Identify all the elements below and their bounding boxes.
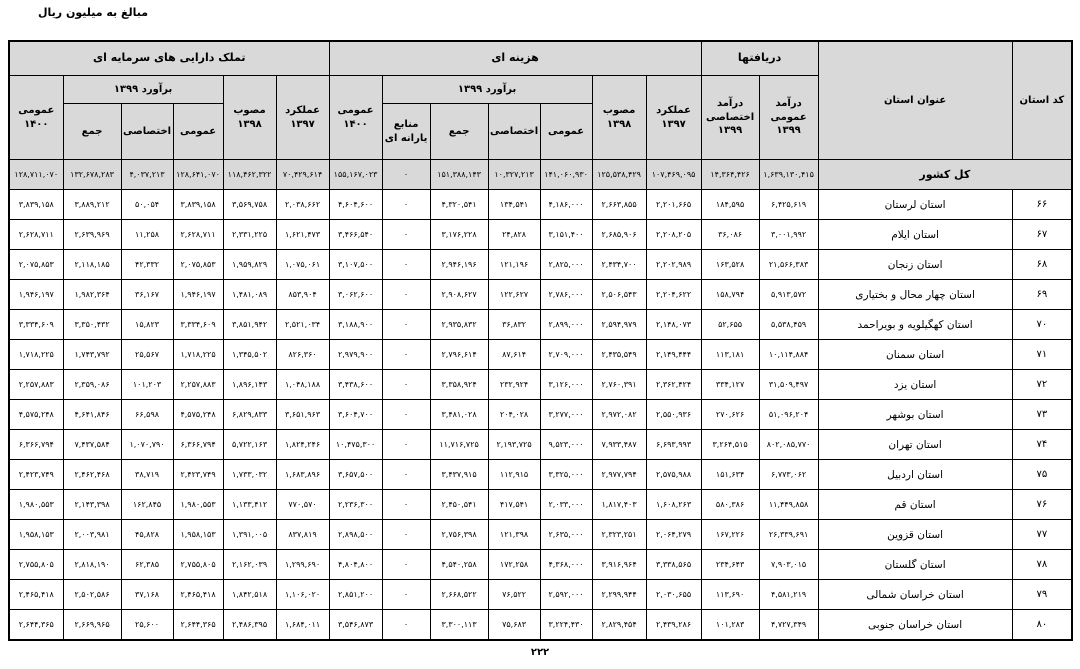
province-code: ۶۹	[1012, 280, 1072, 310]
value-cell: ۲,۹۰۸,۶۲۷	[430, 280, 488, 310]
value-cell: ۲,۶۶۹,۹۶۵	[63, 610, 121, 641]
value-cell: ۴,۶۴۱,۸۴۶	[63, 400, 121, 430]
header-rev-general-1399: درآمد عمومی ۱۳۹۹	[759, 76, 818, 160]
value-cell: ۴۵,۸۲۸	[121, 520, 173, 550]
value-cell: ۳,۶۰۴,۷۰۰	[329, 400, 382, 430]
value-cell: ۰	[382, 610, 430, 641]
value-cell: ۲۴,۸۲۸	[488, 220, 540, 250]
value-cell: ۱۲۱,۳۹۸	[488, 520, 540, 550]
value-cell: ۳,۳۳۸,۵۶۵	[646, 550, 701, 580]
value-cell: ۴,۵۷۵,۲۴۸	[173, 400, 223, 430]
value-cell: ۰	[382, 580, 430, 610]
value-cell: ۵۲,۶۵۵	[701, 310, 759, 340]
value-cell: ۴,۵۸۱,۲۱۹	[759, 580, 818, 610]
value-cell: ۱,۴۸۱,۰۸۹	[223, 280, 276, 310]
value-cell: ۱۰,۳۲۷,۲۱۳	[488, 160, 540, 190]
value-cell: ۵,۷۲۲,۱۶۳	[223, 430, 276, 460]
header-exp-perf-1397: عملکرد ۱۳۹۷	[646, 76, 701, 160]
value-cell: ۱,۷۴۳,۷۹۲	[63, 340, 121, 370]
province-name: استان تهران	[818, 430, 1012, 460]
value-cell: ۱۳۲,۶۷۸,۲۸۳	[63, 160, 121, 190]
province-name: استان خراسان شمالی	[818, 580, 1012, 610]
province-code: ۷۲	[1012, 370, 1072, 400]
value-cell: ۲,۹۷۹,۹۰۰	[329, 340, 382, 370]
value-cell: ۲,۲۰۱,۶۶۵	[646, 190, 701, 220]
value-cell: ۲۰۴,۰۲۸	[488, 400, 540, 430]
value-cell: ۰	[382, 490, 430, 520]
value-cell: ۲,۶۲۸,۷۱۱	[173, 220, 223, 250]
header-exp-est-subsidy: منابع یارانه ای	[382, 104, 430, 160]
value-cell: ۱۱,۷۱۶,۷۲۵	[430, 430, 488, 460]
header-exp-general-1400: عمومی ۱۴۰۰	[329, 76, 382, 160]
value-cell: ۰	[382, 340, 430, 370]
value-cell: ۲,۶۶۳,۸۵۵	[592, 190, 646, 220]
value-cell: ۳۳۴,۱۲۷	[701, 370, 759, 400]
value-cell: ۳۱,۵۰۹,۴۹۷	[759, 370, 818, 400]
table-row: ۷۳استان بوشهر۵۱,۰۹۶,۲۰۴۲۷۰,۶۲۶۲,۵۵۰,۹۳۶۲…	[9, 400, 1072, 430]
value-cell: ۱,۷۳۳,۰۳۲	[223, 460, 276, 490]
value-cell: ۱,۰۴۸,۱۸۸	[276, 370, 329, 400]
value-cell: ۶,۷۷۳,۰۶۲	[759, 460, 818, 490]
value-cell: ۴,۰۳۷,۲۱۳	[121, 160, 173, 190]
value-cell: ۱۷۲,۲۵۸	[488, 550, 540, 580]
value-cell: ۲,۱۶۲,۰۳۹	[223, 550, 276, 580]
value-cell: ۱۲۸,۷۱۱,۰۷۰	[9, 160, 63, 190]
value-cell: ۲,۴۶۵,۴۱۸	[9, 580, 63, 610]
province-name: استان گلستان	[818, 550, 1012, 580]
province-name: استان لرستان	[818, 190, 1012, 220]
value-cell: ۴,۶۰۴,۶۰۰	[329, 190, 382, 220]
value-cell: ۱,۸۹۶,۱۴۳	[223, 370, 276, 400]
value-cell: ۱۸۴,۵۹۵	[701, 190, 759, 220]
value-cell: ۲,۹۷۷,۷۹۴	[592, 460, 646, 490]
value-cell: ۱۶۷,۲۲۶	[701, 520, 759, 550]
value-cell: ۱۲۸,۶۴۱,۰۷۰	[173, 160, 223, 190]
value-cell: ۲,۴۶۵,۴۱۸	[173, 580, 223, 610]
value-cell: ۲۵,۶۰۰	[121, 610, 173, 641]
province-name: استان قزوین	[818, 520, 1012, 550]
value-cell: ۲,۳۳۱,۲۲۵	[223, 220, 276, 250]
value-cell: ۲,۵۷۵,۹۸۸	[646, 460, 701, 490]
province-code: ۷۹	[1012, 580, 1072, 610]
value-cell: ۳,۴۳۸,۶۰۰	[329, 370, 382, 400]
value-cell: ۲,۶۴۴,۳۶۵	[9, 610, 63, 641]
value-cell: ۲,۲۹۹,۹۴۴	[592, 580, 646, 610]
value-cell: ۳,۳۵۸,۹۲۴	[430, 370, 488, 400]
value-cell: ۳,۶۵۱,۹۶۳	[276, 400, 329, 430]
value-cell: ۱,۸۲۴,۲۴۶	[276, 430, 329, 460]
value-cell: ۵۰,۰۵۴	[121, 190, 173, 220]
value-cell: ۲,۷۵۶,۳۹۸	[430, 520, 488, 550]
value-cell: ۲,۵۹۲,۰۰۰	[540, 580, 592, 610]
table-row: ۷۱استان سمنان۱۰,۱۱۴,۸۸۴۱۱۳,۱۸۱۲,۱۴۹,۴۴۴۲…	[9, 340, 1072, 370]
value-cell: ۸۷,۶۱۴	[488, 340, 540, 370]
value-cell: ۰	[382, 160, 430, 190]
value-cell: ۱,۷۱۸,۲۲۵	[173, 340, 223, 370]
value-cell: ۲,۸۹۹,۰۰۰	[540, 310, 592, 340]
value-cell: ۳,۱۸۸,۹۰۰	[329, 310, 382, 340]
value-cell: ۲,۷۰۹,۰۰۰	[540, 340, 592, 370]
value-cell: ۴,۳۲۰,۵۴۱	[430, 190, 488, 220]
value-cell: ۱۱۸,۴۶۲,۳۲۲	[223, 160, 276, 190]
value-cell: ۳,۳۰۰,۱۱۳	[430, 610, 488, 641]
value-cell: ۱۵,۸۲۳	[121, 310, 173, 340]
value-cell: ۳,۱۵۱,۴۰۰	[540, 220, 592, 250]
table-row: ۷۴استان تهران۸۰۲,۰۸۵,۷۷۰۳,۲۶۴,۵۱۵۶,۶۹۳,۹…	[9, 430, 1072, 460]
header-province-name: عنوان استان	[818, 41, 1012, 160]
value-cell: ۷۵,۶۸۳	[488, 610, 540, 641]
province-code: ۷۰	[1012, 310, 1072, 340]
table-row: ۸۰استان خراسان جنوبی۴,۷۲۷,۳۴۹۱۰۱,۲۸۳۲,۴۳…	[9, 610, 1072, 641]
value-cell: ۰	[382, 460, 430, 490]
value-cell: ۳,۸۵۱,۹۴۲	[223, 310, 276, 340]
value-cell: ۷,۴۳۷,۵۸۴	[63, 430, 121, 460]
province-code: ۷۴	[1012, 430, 1072, 460]
value-cell: ۱۰,۴۷۵,۳۰۰	[329, 430, 382, 460]
value-cell: ۰	[382, 430, 430, 460]
province-name: استان کهگیلویه و بویراحمد	[818, 310, 1012, 340]
value-cell: ۱,۹۴۶,۱۹۷	[173, 280, 223, 310]
value-cell: ۱,۶۳۹,۱۳۰,۴۱۵	[759, 160, 818, 190]
header-exp-estimate-1399: برآورد ۱۳۹۹	[382, 76, 592, 104]
value-cell: ۱۲۱,۱۹۶	[488, 250, 540, 280]
province-name: استان چهار محال و بختیاری	[818, 280, 1012, 310]
value-cell: ۱۰۷,۴۶۹,۰۹۵	[646, 160, 701, 190]
value-cell: ۳,۴۸۱,۰۲۸	[430, 400, 488, 430]
value-cell: ۱۳۴,۵۴۱	[488, 190, 540, 220]
value-cell: ۱,۱۳۳,۴۱۲	[223, 490, 276, 520]
value-cell: ۱,۱۰۶,۰۲۰	[276, 580, 329, 610]
value-cell: ۳,۲۲۴,۴۳۰	[540, 610, 592, 641]
province-name: استان اردبیل	[818, 460, 1012, 490]
value-cell: ۱۱۳,۶۹۰	[701, 580, 759, 610]
province-code: ۸۰	[1012, 610, 1072, 641]
value-cell: ۴۲,۳۳۲	[121, 250, 173, 280]
value-cell: ۲,۱۹۳,۷۲۵	[488, 430, 540, 460]
header-exp-est-total: جمع	[430, 104, 488, 160]
value-cell: ۹,۵۲۳,۰۰۰	[540, 430, 592, 460]
province-name: استان سمنان	[818, 340, 1012, 370]
value-cell: ۲,۰۳۳,۰۰۰	[540, 490, 592, 520]
value-cell: ۲,۴۵۰,۵۴۱	[430, 490, 488, 520]
value-cell: ۲,۰۷۵,۸۵۳	[173, 250, 223, 280]
value-cell: ۲,۵۹۴,۹۷۹	[592, 310, 646, 340]
value-cell: ۲,۱۴۳,۳۹۸	[63, 490, 121, 520]
value-cell: ۲,۶۸۵,۹۰۶	[592, 220, 646, 250]
value-cell: ۲,۷۵۵,۸۰۵	[9, 550, 63, 580]
value-cell: ۲,۰۷۵,۸۵۳	[9, 250, 63, 280]
value-cell: ۱,۶۸۳,۸۹۶	[276, 460, 329, 490]
value-cell: ۴,۸۰۴,۸۰۰	[329, 550, 382, 580]
value-cell: ۳,۳۵۰,۴۳۲	[63, 310, 121, 340]
value-cell: ۱۲۲,۶۲۷	[488, 280, 540, 310]
header-cap-approved-1398: مصوب ۱۳۹۸	[223, 76, 276, 160]
value-cell: ۲,۴۳۵,۵۴۹	[592, 340, 646, 370]
value-cell: ۴,۵۷۵,۲۴۸	[9, 400, 63, 430]
value-cell: ۳,۲۶۴,۵۱۵	[701, 430, 759, 460]
province-name: استان زنجان	[818, 250, 1012, 280]
value-cell: ۲,۷۶۰,۳۹۱	[592, 370, 646, 400]
value-cell: ۸۵۳,۹۰۴	[276, 280, 329, 310]
value-cell: ۲,۸۲۵,۰۰۰	[540, 250, 592, 280]
value-cell: ۲,۱۴۹,۴۴۴	[646, 340, 701, 370]
value-cell: ۲,۴۸۶,۳۹۵	[223, 610, 276, 641]
value-cell: ۳,۶۵۷,۵۰۰	[329, 460, 382, 490]
value-cell: ۶,۳۶۶,۷۹۴	[9, 430, 63, 460]
value-cell: ۲,۳۶۲,۴۲۴	[646, 370, 701, 400]
table-row: ۶۷استان ایلام۳,۰۰۱,۹۹۲۳۶,۰۸۶۲,۲۰۸,۲۰۵۲,۶…	[9, 220, 1072, 250]
value-cell: ۳۷,۱۶۸	[121, 580, 173, 610]
value-cell: ۲,۲۰۸,۲۰۵	[646, 220, 701, 250]
province-code: ۶۷	[1012, 220, 1072, 250]
table-row: ۷۷استان قزوین۲۶,۳۳۹,۶۹۱۱۶۷,۲۲۶۲,۰۶۴,۲۷۹۲…	[9, 520, 1072, 550]
value-cell: ۱,۷۱۸,۲۲۵	[9, 340, 63, 370]
value-cell: ۲۶,۳۳۹,۶۹۱	[759, 520, 818, 550]
value-cell: ۲,۷۹۶,۶۱۴	[430, 340, 488, 370]
province-code: ۶۶	[1012, 190, 1072, 220]
value-cell: ۱۲۵,۵۳۸,۴۲۹	[592, 160, 646, 190]
value-cell: ۶۶,۵۹۸	[121, 400, 173, 430]
value-cell: ۱,۰۷۵,۰۶۱	[276, 250, 329, 280]
value-cell: ۱,۹۸۰,۵۵۳	[9, 490, 63, 520]
value-cell: ۲,۲۳۶,۳۰۰	[329, 490, 382, 520]
value-cell: ۳,۸۸۹,۲۱۲	[63, 190, 121, 220]
value-cell: ۳۶,۱۶۷	[121, 280, 173, 310]
table-row: ۷۰استان کهگیلویه و بویراحمد۵,۵۳۸,۴۵۹۵۲,۶…	[9, 310, 1072, 340]
total-row: کل کشور۱,۶۳۹,۱۳۰,۴۱۵۱۴,۳۶۴,۴۲۶۱۰۷,۴۶۹,۰۹…	[9, 160, 1072, 190]
table-row: ۶۹استان چهار محال و بختیاری۵,۹۱۳,۵۷۲۱۵۸,…	[9, 280, 1072, 310]
province-name: کل کشور	[818, 160, 1072, 190]
value-cell: ۳۶,۰۸۶	[701, 220, 759, 250]
header-group-capital: تملک دارایی های سرمایه ای	[9, 41, 329, 76]
value-cell: ۳۸,۷۱۹	[121, 460, 173, 490]
header-exp-approved-1398: مصوب ۱۳۹۸	[592, 76, 646, 160]
value-cell: ۲,۳۵۹,۰۸۶	[63, 370, 121, 400]
value-cell: ۳,۸۳۹,۱۵۸	[173, 190, 223, 220]
value-cell: ۴,۷۲۷,۳۴۹	[759, 610, 818, 641]
page-number: ۲۲۲	[0, 647, 1080, 658]
value-cell: ۲,۰۶۴,۲۷۹	[646, 520, 701, 550]
value-cell: ۲,۹۷۲,۰۸۲	[592, 400, 646, 430]
value-cell: ۴,۱۸۶,۰۰۰	[540, 190, 592, 220]
value-cell: ۱۰۱,۲۸۳	[701, 610, 759, 641]
table-row: ۷۶استان قم۱۱,۴۴۹,۸۵۸۵۸۰,۳۸۶۱,۶۰۸,۲۶۳۱,۸۱…	[9, 490, 1072, 520]
value-cell: ۱,۹۵۹,۸۲۹	[223, 250, 276, 280]
value-cell: ۱۰,۱۱۴,۸۸۴	[759, 340, 818, 370]
value-cell: ۳,۴۶۶,۵۴۰	[329, 220, 382, 250]
value-cell: ۲,۲۵۷,۸۸۳	[9, 370, 63, 400]
value-cell: ۰	[382, 280, 430, 310]
value-cell: ۲,۶۳۵,۰۰۰	[540, 520, 592, 550]
header-rev-dedicated-1399: درآمد اختصاصی ۱۳۹۹	[701, 76, 759, 160]
province-code: ۷۷	[1012, 520, 1072, 550]
province-name: استان ایلام	[818, 220, 1012, 250]
table-row: ۷۸استان گلستان۷,۹۰۳,۰۱۵۲۳۴,۶۴۳۳,۳۳۸,۵۶۵۳…	[9, 550, 1072, 580]
header-cap-est-dedicated: اختصاصی	[121, 104, 173, 160]
province-code: ۷۵	[1012, 460, 1072, 490]
table-body: کل کشور۱,۶۳۹,۱۳۰,۴۱۵۱۴,۳۶۴,۴۲۶۱۰۷,۴۶۹,۰۹…	[9, 160, 1072, 641]
table-row: ۷۵استان اردبیل۶,۷۷۳,۰۶۲۱۵۱,۶۳۴۲,۵۷۵,۹۸۸۲…	[9, 460, 1072, 490]
value-cell: ۱,۹۵۸,۱۵۳	[173, 520, 223, 550]
value-cell: ۱۱۳,۱۸۱	[701, 340, 759, 370]
province-code: ۶۸	[1012, 250, 1072, 280]
value-cell: ۱,۹۸۲,۳۶۴	[63, 280, 121, 310]
value-cell: ۳,۳۲۵,۰۰۰	[540, 460, 592, 490]
header-cap-est-general: عمومی	[173, 104, 223, 160]
value-cell: ۲,۱۱۸,۱۸۵	[63, 250, 121, 280]
value-cell: ۱۵۵,۱۶۷,۰۲۳	[329, 160, 382, 190]
table-header: کد استان عنوان استان دریافتها هزینه ای ت…	[9, 41, 1072, 160]
value-cell: ۶,۳۶۶,۷۹۴	[173, 430, 223, 460]
value-cell: ۷,۹۳۳,۴۸۷	[592, 430, 646, 460]
value-cell: ۳,۲۷۷,۰۰۰	[540, 400, 592, 430]
table-row: ۷۲استان یزد۳۱,۵۰۹,۴۹۷۳۳۴,۱۲۷۲,۳۶۲,۴۲۴۲,۷…	[9, 370, 1072, 400]
value-cell: ۲,۰۳۸,۶۶۲	[276, 190, 329, 220]
header-cap-perf-1397: عملکرد ۱۳۹۷	[276, 76, 329, 160]
value-cell: ۱۱۲,۹۱۵	[488, 460, 540, 490]
value-cell: ۲,۸۵۱,۲۰۰	[329, 580, 382, 610]
province-name: استان قم	[818, 490, 1012, 520]
value-cell: ۱۱,۴۴۹,۸۵۸	[759, 490, 818, 520]
value-cell: ۱۶۳,۵۲۸	[701, 250, 759, 280]
value-cell: ۲,۵۰۲,۵۸۶	[63, 580, 121, 610]
value-cell: ۶,۸۲۹,۸۳۳	[223, 400, 276, 430]
value-cell: ۲۱,۵۶۶,۳۸۳	[759, 250, 818, 280]
value-cell: ۲,۵۲۱,۰۳۴	[276, 310, 329, 340]
value-cell: ۱,۶۸۴,۰۱۱	[276, 610, 329, 641]
value-cell: ۲,۰۰۳,۹۸۱	[63, 520, 121, 550]
value-cell: ۳,۹۱۶,۹۶۴	[592, 550, 646, 580]
table-row: ۶۸استان زنجان۲۱,۵۶۶,۳۸۳۱۶۳,۵۲۸۲,۲۰۲,۹۸۹۲…	[9, 250, 1072, 280]
value-cell: ۲,۶۴۴,۳۶۵	[173, 610, 223, 641]
header-group-receipts: دریافتها	[701, 41, 818, 76]
header-group-expense: هزینه ای	[329, 41, 701, 76]
value-cell: ۱۵۱,۶۳۴	[701, 460, 759, 490]
value-cell: ۲۳۲,۹۲۴	[488, 370, 540, 400]
value-cell: ۲,۰۳۰,۶۵۵	[646, 580, 701, 610]
province-code: ۷۸	[1012, 550, 1072, 580]
value-cell: ۷۶,۵۲۲	[488, 580, 540, 610]
province-code: ۷۱	[1012, 340, 1072, 370]
value-cell: ۲,۴۲۳,۷۴۹	[9, 460, 63, 490]
value-cell: ۱۵۸,۷۹۴	[701, 280, 759, 310]
value-cell: ۳,۴۳۷,۹۱۵	[430, 460, 488, 490]
value-cell: ۵۸۰,۳۸۶	[701, 490, 759, 520]
value-cell: ۲,۵۰۶,۵۴۳	[592, 280, 646, 310]
value-cell: ۲,۸۲۹,۴۵۴	[592, 610, 646, 641]
value-cell: ۲,۲۰۲,۹۸۹	[646, 250, 701, 280]
value-cell: ۳,۱۰۷,۵۰۰	[329, 250, 382, 280]
province-name: استان خراسان جنوبی	[818, 610, 1012, 641]
amounts-unit-note: مبالغ به میلیون ریال	[38, 6, 148, 19]
value-cell: ۲,۸۹۸,۵۰۰	[329, 520, 382, 550]
value-cell: ۰	[382, 550, 430, 580]
value-cell: ۲,۶۶۸,۵۲۲	[430, 580, 488, 610]
value-cell: ۵,۹۱۳,۵۷۲	[759, 280, 818, 310]
header-province-code: کد استان	[1012, 41, 1072, 160]
value-cell: ۳۶,۸۳۲	[488, 310, 540, 340]
budget-table: کد استان عنوان استان دریافتها هزینه ای ت…	[8, 40, 1073, 641]
value-cell: ۳,۳۳۴,۶۰۹	[9, 310, 63, 340]
header-exp-est-dedicated: اختصاصی	[488, 104, 540, 160]
value-cell: ۲,۲۰۴,۶۲۲	[646, 280, 701, 310]
table-row: ۶۶استان لرستان۶,۴۲۵,۶۱۹۱۸۴,۵۹۵۲,۲۰۱,۶۶۵۲…	[9, 190, 1072, 220]
value-cell: ۶۲,۳۸۵	[121, 550, 173, 580]
value-cell: ۵۱,۰۹۶,۲۰۴	[759, 400, 818, 430]
value-cell: ۲۷۰,۶۲۶	[701, 400, 759, 430]
value-cell: ۳,۰۶۲,۶۰۰	[329, 280, 382, 310]
value-cell: ۶,۴۲۵,۶۱۹	[759, 190, 818, 220]
value-cell: ۲,۴۳۹,۲۸۶	[646, 610, 701, 641]
value-cell: ۲,۴۶۲,۴۶۸	[63, 460, 121, 490]
value-cell: ۱,۰۷۰,۷۹۰	[121, 430, 173, 460]
value-cell: ۲۵,۵۶۷	[121, 340, 173, 370]
value-cell: ۲,۵۵۰,۹۳۶	[646, 400, 701, 430]
value-cell: ۰	[382, 220, 430, 250]
value-cell: ۱,۳۴۵,۵۰۲	[223, 340, 276, 370]
value-cell: ۱۶۲,۸۴۵	[121, 490, 173, 520]
value-cell: ۵,۵۳۸,۴۵۹	[759, 310, 818, 340]
value-cell: ۱,۳۹۱,۰۰۵	[223, 520, 276, 550]
value-cell: ۰	[382, 370, 430, 400]
page: { "page": { "note": "مبالغ به میلیون ریا…	[0, 0, 1080, 669]
value-cell: ۴,۳۶۸,۰۰۰	[540, 550, 592, 580]
province-name: استان یزد	[818, 370, 1012, 400]
value-cell: ۰	[382, 310, 430, 340]
value-cell: ۲۳۴,۶۴۳	[701, 550, 759, 580]
value-cell: ۳,۵۴۶,۸۷۳	[329, 610, 382, 641]
value-cell: ۲,۹۴۶,۱۹۶	[430, 250, 488, 280]
value-cell: ۳,۸۳۹,۱۵۸	[9, 190, 63, 220]
value-cell: ۱,۹۸۰,۵۵۳	[173, 490, 223, 520]
value-cell: ۲,۹۳۵,۸۳۲	[430, 310, 488, 340]
value-cell: ۱۱,۲۵۸	[121, 220, 173, 250]
value-cell: ۰	[382, 190, 430, 220]
value-cell: ۴۱۷,۵۴۱	[488, 490, 540, 520]
value-cell: ۰	[382, 400, 430, 430]
value-cell: ۷۷۰,۵۷۰	[276, 490, 329, 520]
value-cell: ۱۰۱,۲۰۳	[121, 370, 173, 400]
value-cell: ۲,۲۵۷,۸۸۳	[173, 370, 223, 400]
value-cell: ۷,۹۰۳,۰۱۵	[759, 550, 818, 580]
value-cell: ۳,۰۰۱,۹۹۲	[759, 220, 818, 250]
value-cell: ۸۲۶,۳۶۰	[276, 340, 329, 370]
value-cell: ۱۵۱,۳۸۸,۱۴۳	[430, 160, 488, 190]
value-cell: ۰	[382, 250, 430, 280]
value-cell: ۳,۵۶۹,۷۵۸	[223, 190, 276, 220]
value-cell: ۲,۸۱۸,۱۹۰	[63, 550, 121, 580]
value-cell: ۲,۶۳۹,۹۶۹	[63, 220, 121, 250]
value-cell: ۸۰۲,۰۸۵,۷۷۰	[759, 430, 818, 460]
province-name: استان بوشهر	[818, 400, 1012, 430]
header-exp-est-general: عمومی	[540, 104, 592, 160]
table-row: ۷۹استان خراسان شمالی۴,۵۸۱,۲۱۹۱۱۳,۶۹۰۲,۰۳…	[9, 580, 1072, 610]
value-cell: ۱,۹۴۶,۱۹۷	[9, 280, 63, 310]
value-cell: ۱۴۱,۰۶۰,۹۳۰	[540, 160, 592, 190]
value-cell: ۱,۶۰۸,۲۶۳	[646, 490, 701, 520]
value-cell: ۱,۲۹۹,۶۹۰	[276, 550, 329, 580]
province-code: ۷۶	[1012, 490, 1072, 520]
value-cell: ۶,۶۹۳,۹۹۳	[646, 430, 701, 460]
value-cell: ۲,۷۸۶,۰۰۰	[540, 280, 592, 310]
value-cell: ۳,۱۷۶,۲۲۸	[430, 220, 488, 250]
value-cell: ۴,۵۴۰,۲۵۸	[430, 550, 488, 580]
value-cell: ۱,۹۵۸,۱۵۳	[9, 520, 63, 550]
value-cell: ۲,۳۲۳,۲۵۱	[592, 520, 646, 550]
header-cap-est-total: جمع	[63, 104, 121, 160]
header-cap-estimate-1399: برآورد ۱۳۹۹	[63, 76, 223, 104]
value-cell: ۱,۸۱۷,۴۰۳	[592, 490, 646, 520]
